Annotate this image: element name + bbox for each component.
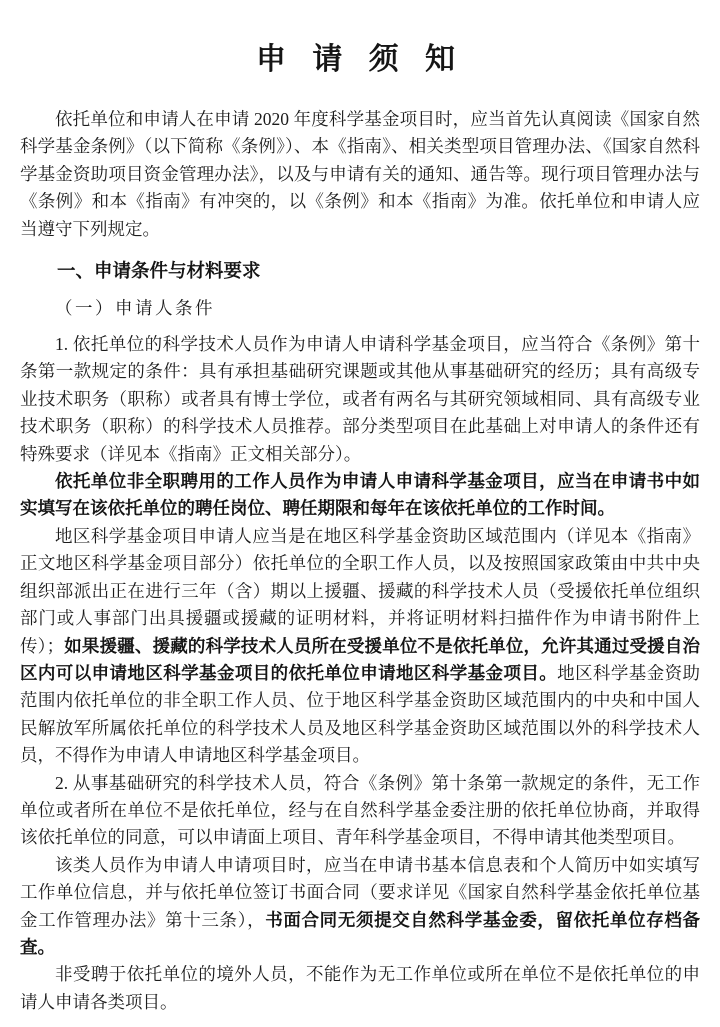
regional-fund-paragraph: 地区科学基金项目申请人应当是在地区科学基金资助区域范围内（详见本《指南》正文地区… [20,523,700,770]
document-page: 申 请 须 知 依托单位和申请人在申请 2020 年度科学基金项目时，应当首先认… [0,0,720,1027]
item-2-paragraph: 2. 从事基础研究的科学技术人员，符合《条例》第十条第一款规定的条件，无工作单位… [20,770,700,852]
item-1-paragraph: 1. 依托单位的科学技术人员作为申请人申请科学基金项目，应当符合《条例》第十条第… [20,331,700,468]
non-fulltime-staff-paragraph: 依托单位非全职聘用的工作人员作为申请人申请科学基金项目，应当在申请书中如实填写在… [20,468,700,523]
overseas-personnel-paragraph: 非受聘于依托单位的境外人员，不能作为无工作单位或所在单位不是依托单位的申请人申请… [20,961,700,1016]
section-1-heading: 一、申请条件与材料要求 [20,257,700,285]
non-fulltime-staff-paragraph-segment-0: 依托单位非全职聘用的工作人员作为申请人申请科学基金项目，应当在申请书中如实填写在… [20,471,700,518]
document-title: 申 请 须 知 [20,42,700,78]
item-2-paragraph-segment-0: 2. 从事基础研究的科学技术人员，符合《条例》第十条第一款规定的条件，无工作单位… [20,773,700,848]
overseas-personnel-paragraph-segment-0: 非受聘于依托单位的境外人员，不能作为无工作单位或所在单位不是依托单位的申请人申请… [20,964,700,1011]
item-1-paragraph-segment-0: 1. 依托单位的科学技术人员作为申请人申请科学基金项目，应当符合《条例》第十条第… [20,334,700,464]
intro-paragraph-segment-0: 依托单位和申请人在申请 2020 年度科学基金项目时，应当首先认真阅读《国家自然… [20,109,700,239]
written-contract-paragraph: 该类人员作为申请人申请项目时，应当在申请书基本信息表和个人简历中如实填写工作单位… [20,852,700,962]
intro-paragraph: 依托单位和申请人在申请 2020 年度科学基金项目时，应当首先认真阅读《国家自然… [20,106,700,243]
subsection-1-heading: （一）申请人条件 [20,294,700,322]
document-body: 依托单位和申请人在申请 2020 年度科学基金项目时，应当首先认真阅读《国家自然… [20,106,700,1016]
